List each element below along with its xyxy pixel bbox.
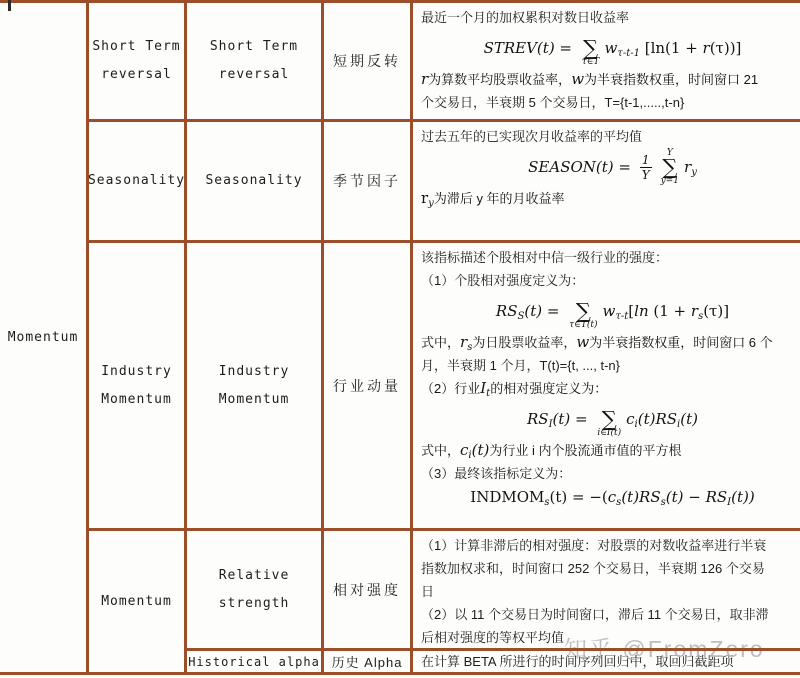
category-label: Momentum (8, 324, 79, 352)
border-row-2-3 (86, 240, 800, 243)
formula-text: c (608, 486, 616, 509)
formula-text: w (604, 37, 617, 60)
formula-text: (τ))] (710, 37, 742, 60)
formula-text: y (691, 161, 697, 184)
cn-name-label: 历史 Alpha (332, 652, 403, 671)
label-line: Momentum (101, 588, 172, 616)
formula-text: [ln(1 + (640, 37, 703, 60)
description-line: 月，半衰期 1 个月，T(t)={t, ..., t-n} (421, 354, 800, 377)
formula-text: y (428, 192, 434, 215)
formula-text: s (661, 491, 666, 514)
formula-text: (t)) (731, 486, 755, 509)
border-top (0, 0, 800, 3)
cell-r3-desc: 该指标描述个股相对中信一级行业的强度：（1）个股相对强度定义为：RSS(t) =… (413, 243, 800, 531)
cell-r2-desc: 过去五年的已实现次月收益率的平均值SEASON(t) = 1YY∑y=1ryry… (413, 122, 800, 243)
border-col-2-3 (184, 0, 187, 675)
formula-text: 为半衰指数权重，时间窗口 21 (584, 68, 758, 91)
formula-text: c (460, 439, 468, 462)
formula-text: 为滞后 y 年的月收益率 (434, 187, 565, 210)
formula-text: 为日股票收益率， (472, 331, 576, 354)
formula-text: I (727, 491, 731, 514)
border-col-3-4 (321, 0, 324, 675)
formula-text: 为算数平均股票收益率， (428, 68, 571, 91)
formula-text: (1 + (649, 300, 691, 323)
cell-category: Momentum (0, 3, 86, 672)
border-row-1-2 (86, 119, 800, 122)
formula-text: s (616, 491, 621, 514)
formula-text: r (460, 331, 467, 354)
border-row-4-5 (184, 648, 800, 651)
cell-r1-cn-name: 短期反转 (324, 3, 410, 119)
cn-name-label: 季节因子 (333, 168, 401, 194)
label-line: Industry Momentum (187, 358, 321, 414)
description-line: 日 (421, 580, 800, 603)
border-col-4-5 (410, 0, 413, 675)
formula-text: SEASON(t) = (528, 156, 636, 179)
cell-r3-cn-name: 行业动量 (324, 243, 410, 528)
cell-r5-subfactor: Historical alpha (187, 651, 321, 672)
formula-text: RS (527, 408, 549, 431)
sum-symbol: Y∑y=1 (661, 149, 679, 186)
cell-r1-desc: 最近一个月的加权累积对数日收益率STREV(t) = ∑τ∈Twτ-t-1 [l… (413, 3, 800, 122)
label-line: Historical alpha (188, 653, 320, 671)
formula-text: τ-t (615, 305, 628, 328)
formula: 式中，ci(t)为行业 i 内个股流通市值的平方根 (421, 439, 800, 462)
cell-r1-subfactor: Short Termreversal (187, 3, 321, 119)
formula-text: s (544, 491, 549, 514)
formula-text: RS (496, 300, 518, 323)
formula: ry为滞后 y 年的月收益率 (421, 187, 800, 210)
formula-text: c (626, 408, 634, 431)
formula: SEASON(t) = 1YY∑y=1ry (421, 149, 800, 186)
cropped-border-artifact (8, 0, 11, 11)
description-line: （3）最终该指标定义为： (421, 462, 800, 485)
cell-r3-subfactor: Industry Momentum (187, 243, 321, 528)
formula-text: (t) (472, 439, 490, 462)
formula-text: t (486, 382, 490, 405)
formula-text: (t) = (553, 408, 593, 431)
formula-text: w (603, 300, 616, 323)
cn-name-label: 短期反转 (333, 48, 401, 74)
formula-text: 式中， (421, 331, 460, 354)
cell-r4-cn-name: 相对强度 (324, 531, 410, 648)
label-line: reversal (219, 61, 290, 89)
formula-text: STREV(t) = (484, 37, 577, 60)
formula-text: S (518, 305, 525, 328)
label-line: Seasonality (89, 167, 184, 195)
description-line: 个交易日，半衰期 5 个交易日，T={t-1,.....,t-n} (421, 91, 800, 114)
formula-text: w (576, 331, 589, 354)
formula: INDMOMs(t) = −(cs(t)RSs(t) − RSI(t)) (421, 486, 800, 509)
sum-symbol: ∑τ∈T (582, 30, 600, 67)
formula-text: i (677, 413, 680, 436)
formula-text: i (468, 444, 471, 467)
formula: RSS(t) = ∑τ∈T(t)wτ-t[ln (1 + rs(τ)] (421, 293, 800, 330)
border-bottom (0, 672, 800, 675)
formula-text: w (571, 68, 584, 91)
formula-text: (t) = (524, 300, 564, 323)
formula-text: 式中， (421, 439, 460, 462)
border-col-1-2 (86, 0, 89, 675)
description-line: 指数加权求和，时间窗口 252 个交易日，半衰期 126 个交易 (421, 557, 800, 580)
cell-r3-factor: IndustryMomentum (89, 243, 184, 528)
formula-text: ln (634, 300, 648, 323)
formula-text: 的相对强度定义为： (490, 377, 607, 400)
label-line: Relative strength (187, 562, 321, 618)
formula: （2）行业It的相对强度定义为： (421, 377, 800, 400)
formula-text: (t) (680, 408, 698, 431)
cell-r4-subfactor: Relative strength (187, 531, 321, 648)
formula-text: I (549, 413, 553, 436)
label-line: Momentum (101, 386, 172, 414)
formula-text: (τ)] (703, 300, 729, 323)
description-line: 过去五年的已实现次月收益率的平均值 (421, 125, 800, 148)
label-line: Industry (101, 358, 172, 386)
description-line: 该指标描述个股相对中信一级行业的强度： (421, 246, 800, 269)
formula-text: τ-t-1 (617, 42, 640, 65)
formula-text: s (467, 336, 472, 359)
formula: r为算数平均股票收益率，w为半衰指数权重，时间窗口 21 (421, 68, 800, 91)
label-line: reversal (101, 61, 172, 89)
formula-text: (t)RS (638, 408, 677, 431)
formula-text: s (698, 305, 703, 328)
formula-text: INDMOM (470, 486, 544, 509)
formula-text: r (703, 37, 710, 60)
formula-text: (t) = −( (550, 486, 608, 509)
formula-text: i (635, 413, 638, 436)
formula: STREV(t) = ∑τ∈Twτ-t-1 [ln(1 + r(τ))] (421, 30, 800, 67)
cn-name-label: 相对强度 (333, 577, 401, 603)
description-line: （1）个股相对强度定义为： (421, 269, 800, 292)
description-line: （1）计算非滞后的相对强度：对股票的对数收益率进行半衰 (421, 534, 800, 557)
cell-r2-factor: Seasonality (89, 122, 184, 240)
cell-r2-cn-name: 季节因子 (324, 122, 410, 240)
cn-name-label: 行业动量 (333, 373, 401, 399)
formula: RSI(t) = ∑i∈I(t)ci(t)RSi(t) (421, 401, 800, 438)
factor-table: Momentum Short Termreversal Short Termre… (0, 0, 800, 678)
cell-r5-cn-name: 历史 Alpha (324, 651, 410, 672)
label-line: Short Term (92, 33, 180, 61)
formula-text: （2）行业 (421, 377, 480, 400)
formula: 式中，rs为日股票收益率，w为半衰指数权重，时间窗口 6 个 (421, 331, 800, 354)
formula-text: (t) − RS (666, 486, 727, 509)
cell-r4-factor: Momentum (89, 531, 184, 672)
fraction: 1Y (640, 154, 652, 181)
sum-symbol: ∑i∈I(t) (597, 401, 621, 438)
formula-text: 为半衰指数权重，时间窗口 6 个 (589, 331, 772, 354)
description-line: 最近一个月的加权累积对数日收益率 (421, 6, 800, 29)
cell-r2-subfactor: Seasonality (187, 122, 321, 240)
formula-text: (t)RS (621, 486, 660, 509)
label-line: Seasonality (205, 167, 302, 195)
border-row-3-4 (86, 528, 800, 531)
formula-text: r (421, 68, 428, 91)
sum-symbol: ∑τ∈T(t) (569, 293, 597, 330)
cell-r1-factor: Short Termreversal (89, 3, 184, 119)
label-line: Short Term (210, 33, 298, 61)
formula-text: r (691, 300, 698, 323)
formula-text: 为行业 i 内个股流通市值的平方根 (489, 439, 681, 462)
description-line: （2）以 11 个交易日为时间窗口，滞后 11 个交易日，取非滞 (421, 603, 800, 626)
